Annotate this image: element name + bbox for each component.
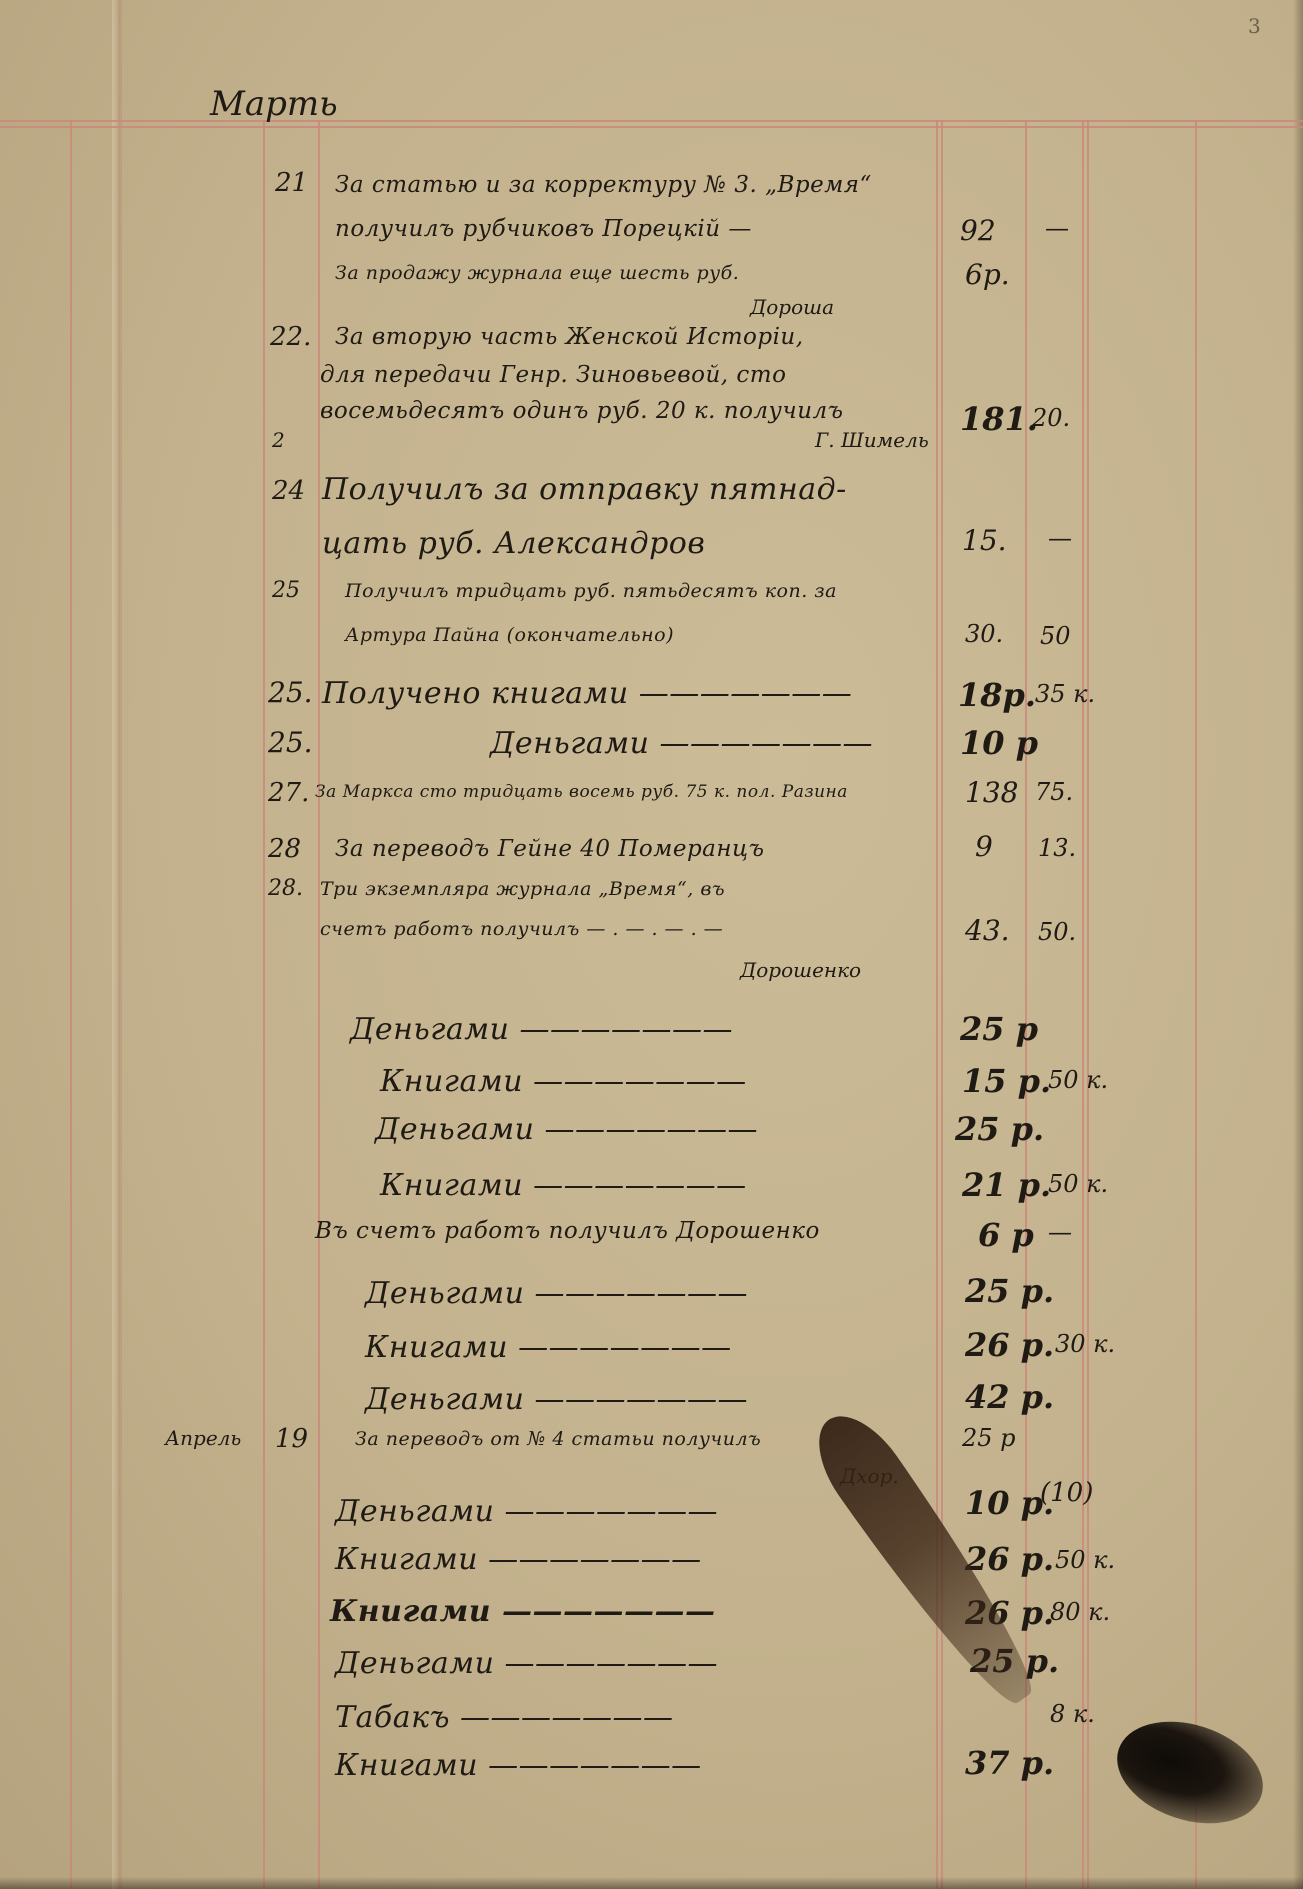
entry-kopeks: 50. (1038, 918, 1076, 946)
entry-kopeks: 50 к. (1048, 1066, 1108, 1094)
entry-description: Деньгами ——————— (335, 1494, 718, 1529)
entry-kopeks: 20. (1032, 404, 1070, 432)
page-edge (1293, 0, 1303, 1889)
entry-signature: Дороша (750, 295, 834, 319)
entry-description: счетъ работъ получилъ — . — . — . — (320, 918, 723, 940)
entry-kopeks: 30 к. (1055, 1330, 1115, 1358)
entry-kopeks: 50 к. (1055, 1546, 1115, 1574)
entry-date: 24 (272, 476, 305, 506)
entry-description: За Маркса сто тридцать восемь руб. 75 к.… (315, 782, 848, 802)
entry-date: 28. (268, 876, 303, 901)
entry-kopeks: 50 (1040, 622, 1071, 650)
entry-rubles: 26 р. (965, 1540, 1054, 1578)
entry-kopeks: — (1045, 214, 1069, 242)
entry-date: 28 (268, 834, 301, 864)
entry-description: За продажу журнала еще шесть руб. (335, 262, 739, 284)
entry-kopeks: (10) (1040, 1478, 1093, 1508)
page-fold (112, 0, 122, 1889)
entry-kopeks: 8 к. (1050, 1700, 1095, 1728)
entry-description: Получилъ за отправку пятнад- (322, 472, 847, 507)
entry-description: Книгами ——————— (330, 1594, 716, 1629)
page-number: 3 (1248, 14, 1261, 38)
entry-date: 25 (272, 578, 300, 603)
entry-rubles: 25 р. (965, 1272, 1054, 1310)
entry-kopeks: 75. (1035, 778, 1073, 806)
entry-signature: Г. Шимель (815, 428, 929, 452)
entry-kopeks: 35 к. (1035, 680, 1095, 708)
entry-description: За переводъ Гейне 40 Померанцъ (335, 836, 764, 862)
entry-rubles: 43. (965, 914, 1010, 947)
entry-description: За статью и за корректуру № 3. „Время“ (335, 172, 872, 198)
entry-description: Книгами ——————— (335, 1748, 702, 1783)
entry-description: получилъ рубчиковъ Порецкій — (335, 216, 752, 242)
entry-description: Артура Пайна (окончательно) (345, 624, 674, 646)
entry-rubles: 21 р. (962, 1166, 1051, 1204)
entry-description: Въ счетъ работъ получилъ Дорошенко (315, 1218, 820, 1244)
column-rule (118, 0, 120, 1889)
entry-rubles: 25 р (962, 1424, 1016, 1452)
entry-description: Книгами ——————— (380, 1168, 747, 1203)
entry-description: Деньгами ——————— (365, 1276, 748, 1311)
ink-blot (1104, 1704, 1276, 1841)
entry-rubles: 30. (965, 620, 1003, 648)
entry-date: 21 (275, 168, 308, 198)
month-header: Марть (210, 84, 338, 124)
entry-rubles: 25 р (960, 1010, 1038, 1048)
entry-date: 27. (268, 778, 309, 808)
entry-month: Апрель (165, 1426, 241, 1450)
entry-description: Деньгами ——————— (350, 1012, 733, 1047)
entry-rubles: 138 (965, 776, 1018, 809)
page-bottom-edge (0, 1877, 1303, 1889)
header-rule-top (0, 120, 1303, 122)
entry-rubles: 15 р. (962, 1062, 1051, 1100)
entry-rubles: 37 р. (965, 1744, 1054, 1782)
entry-rubles: 9 (975, 830, 993, 863)
entry-rubles: 26 р. (965, 1326, 1054, 1364)
ledger-page: 3 Марть 21 За статью и за корректуру № 3… (0, 0, 1303, 1889)
entry-description: Табакъ ——————— (335, 1700, 674, 1735)
entry-rubles: 25 р. (955, 1110, 1044, 1148)
entry-description: Деньгами ——————— (365, 1382, 748, 1417)
entry-rubles: 181. (960, 400, 1038, 438)
entry-date: 25. (268, 676, 313, 709)
entry-date: 2 (272, 428, 285, 452)
entry-description: Книгами ——————— (335, 1542, 702, 1577)
entry-description: Книгами ——————— (380, 1064, 747, 1099)
entry-kopeks: — (1048, 1218, 1072, 1246)
entry-rubles: 18р. (958, 676, 1036, 714)
entry-kopeks: 50 к. (1048, 1170, 1108, 1198)
entry-kopeks: 13. (1038, 834, 1076, 862)
header-rule-bottom (0, 126, 1303, 128)
column-rule (70, 120, 72, 1889)
entry-description: Деньгами ——————— (335, 1646, 718, 1681)
entry-rubles: 42 р. (965, 1378, 1054, 1416)
entry-description: цать руб. Александров (322, 526, 705, 561)
column-rule-date-left (263, 120, 265, 1889)
entry-rubles: 92 (960, 214, 996, 247)
entry-description: Получилъ тридцать руб. пятьдесятъ коп. з… (345, 580, 837, 602)
entry-kopeks: — (1048, 524, 1072, 552)
entry-description: восемьдесятъ одинъ руб. 20 к. получилъ (320, 398, 844, 424)
entry-description: Деньгами ——————— (490, 726, 873, 761)
entry-description: для передачи Генр. Зиновьевой, сто (320, 362, 786, 388)
entry-description: За переводъ от № 4 статьи получилъ (355, 1428, 761, 1450)
entry-date: 22. (270, 322, 311, 352)
entry-rubles: 10 р (960, 724, 1038, 762)
entry-rubles: 6 р (978, 1216, 1034, 1254)
entry-kopeks: 80 к. (1050, 1598, 1110, 1626)
entry-description: Книгами ——————— (365, 1330, 732, 1365)
entry-rubles: 6р. (965, 258, 1010, 291)
entry-date: 19 (275, 1424, 308, 1454)
entry-description: Деньгами ——————— (375, 1112, 758, 1147)
entry-description: Три экземпляра журнала „Время“, въ (320, 878, 725, 900)
entry-description: За вторую часть Женской Исторіи, (335, 324, 804, 350)
entry-date: 25. (268, 726, 313, 759)
entry-description: Получено книгами ——————— (322, 676, 852, 711)
column-rule (1195, 120, 1197, 1889)
entry-signature: Дорошенко (740, 958, 861, 982)
entry-rubles: 15. (962, 524, 1007, 557)
